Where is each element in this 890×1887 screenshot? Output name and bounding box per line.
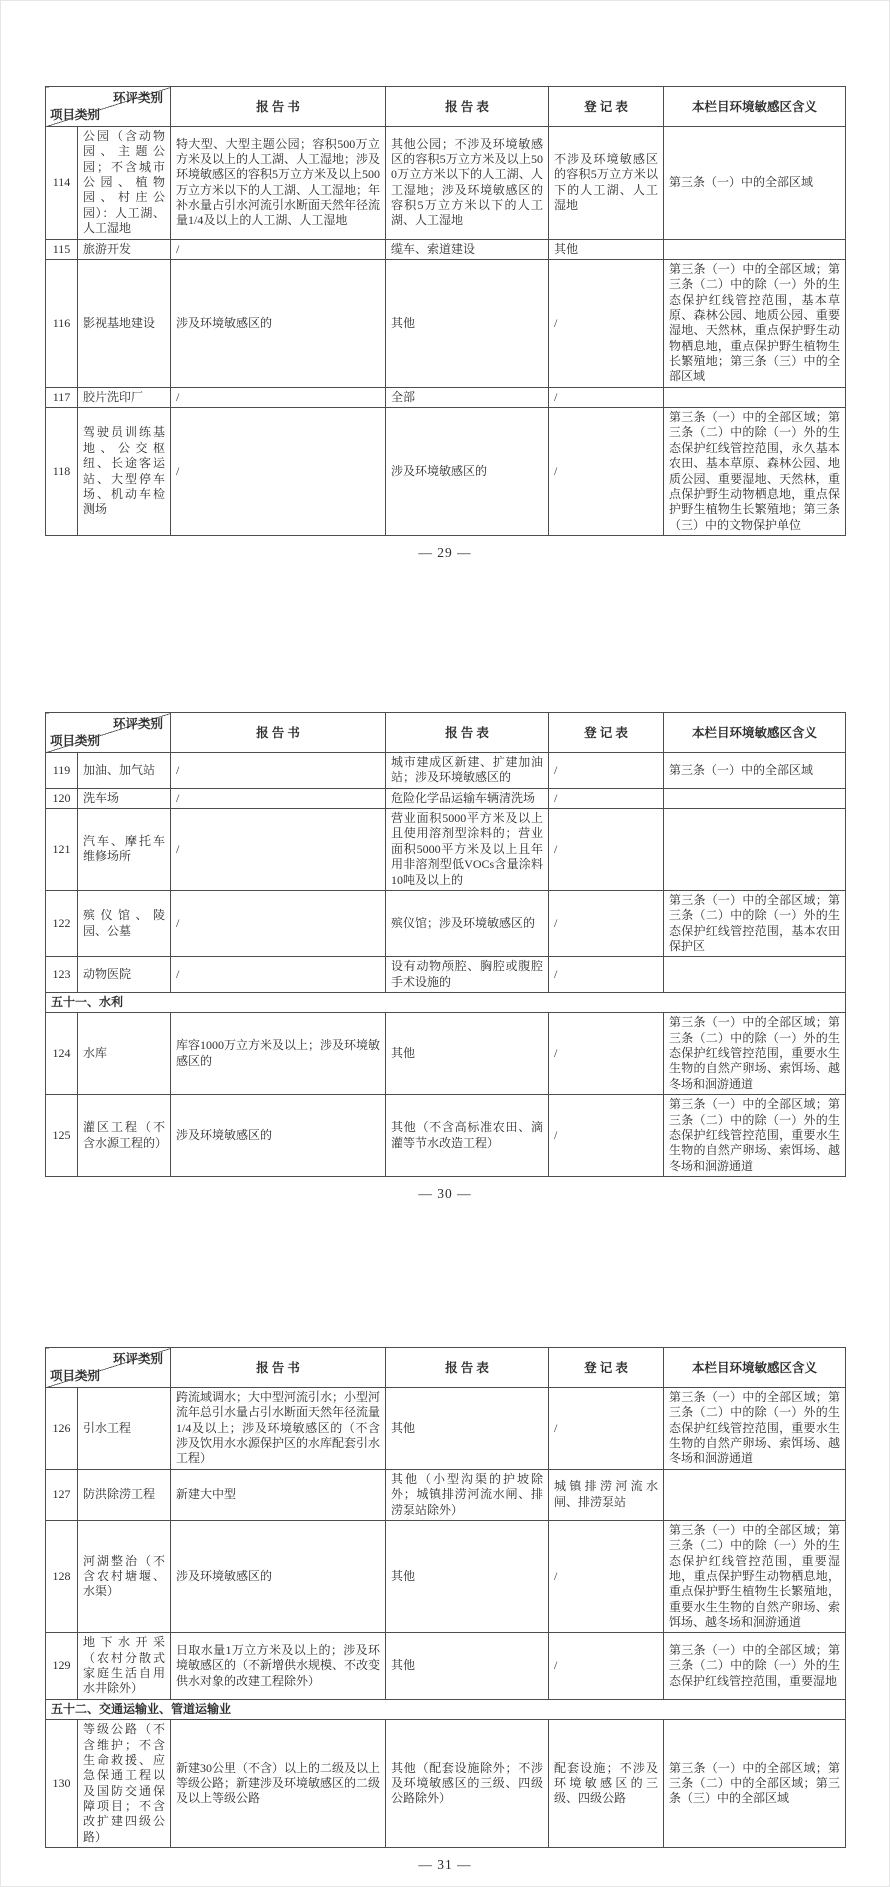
cell-report-form: 其他 [386,1388,549,1470]
table-row-119: 119加油、加气站/城市建成区新建、扩建加油站；涉及环境敏感区的/第三条（一）中… [46,753,846,789]
cell-report-book: / [171,957,386,993]
cell-item-number: 125 [46,1095,78,1177]
cell-report-book: / [171,408,386,536]
cell-registration-form: / [549,408,664,536]
cell-report-book: 库容1000万立方米及以上；涉及环境敏感区的 [171,1013,386,1095]
cell-item-number: 124 [46,1013,78,1095]
cell-project-category: 公园（含动物园、主题公园；不含城市公园、植物园、村庄公园）：人工湖、人工湿地 [78,127,171,240]
header-registration-form: 登 记 表 [549,713,664,753]
cell-report-book: 新建30公里（不含）以上的二级及以上等级公路；新建涉及环境敏感区的二级及以上等级… [171,1720,386,1848]
table-row-129: 129地下水开采（农村分散式家庭生活自用水井除外）日取水量1万立方米及以上的；涉… [46,1633,846,1699]
table-header-row: 环评类别项目类别报 告 书报 告 表登 记 表本栏目环境敏感区含义 [46,1348,846,1388]
eia-category-table: 环评类别项目类别报 告 书报 告 表登 记 表本栏目环境敏感区含义114公园（含… [45,86,846,536]
cell-report-form: 其他（配套设施除外；不涉及环境敏感区的三级、四级公路除外） [386,1720,549,1848]
header-report-form: 报 告 表 [386,1348,549,1388]
page-block-29: 环评类别项目类别报 告 书报 告 表登 记 表本栏目环境敏感区含义114公园（含… [45,86,845,561]
cell-project-category: 河湖整治（不含农村塘堰、水渠） [78,1520,171,1633]
header-report-book: 报 告 书 [171,87,386,127]
corner-label-project-category: 项目类别 [50,1368,100,1384]
cell-project-category: 水库 [78,1013,171,1095]
cell-report-book: / [171,788,386,808]
table-row-117: 117胶片洗印厂/全部/ [46,387,846,407]
cell-sensitive-area-meaning: 第三条（一）中的全部区域 [664,127,846,240]
table-row-120: 120洗车场/危险化学品运输车辆清洗场/ [46,788,846,808]
cell-report-form: 营业面积5000平方米及以上且使用溶剂型涂料的；营业面积5000平方米及以上且年… [386,809,549,891]
table-header-row: 环评类别项目类别报 告 书报 告 表登 记 表本栏目环境敏感区含义 [46,713,846,753]
cell-registration-form: / [549,809,664,891]
page-number: — 30 — [45,1186,845,1202]
cell-report-book: / [171,239,386,259]
cell-report-form: 其他 [386,1520,549,1633]
cell-report-form: 缆车、索道建设 [386,239,549,259]
cell-project-category: 影视基地建设 [78,259,171,387]
cell-sensitive-area-meaning: 第三条（一）中的全部区域；第三条（二）中的除（一）外的生态保护红线管控范围，基本… [664,890,846,956]
cell-project-category: 驾驶员训练基地、公交枢纽、长途客运站、大型停车场、机动车检测场 [78,408,171,536]
table-row-121: 121汽车、摩托车维修场所/营业面积5000平方米及以上且使用溶剂型涂料的；营业… [46,809,846,891]
cell-report-form: 其他 [386,1013,549,1095]
table-row-126: 126引水工程跨流域调水；大中型河流引水；小型河流年总引水量占引水断面天然年径流… [46,1388,846,1470]
cell-registration-form: / [549,1633,664,1699]
cell-sensitive-area-meaning [664,387,846,407]
section-row: 五十一、水利 [46,993,846,1013]
page-block-31: 环评类别项目类别报 告 书报 告 表登 记 表本栏目环境敏感区含义126引水工程… [45,1347,845,1873]
page-block-30: 环评类别项目类别报 告 书报 告 表登 记 表本栏目环境敏感区含义119加油、加… [45,712,845,1202]
cell-registration-form: / [549,753,664,789]
cell-project-category: 灌区工程（不含水源工程的） [78,1095,171,1177]
cell-sensitive-area-meaning: 第三条（一）中的全部区域；第三条（二）中的除（一）外的生态保护红线管控范围，永久… [664,408,846,536]
header-report-book: 报 告 书 [171,713,386,753]
cell-registration-form: / [549,1013,664,1095]
cell-registration-form: / [549,1520,664,1633]
cell-sensitive-area-meaning: 第三条（一）中的全部区域；第三条（二）中的除（一）外的生态保护红线管控范围，重要… [664,1013,846,1095]
cell-report-form: 殡仪馆；涉及环境敏感区的 [386,890,549,956]
header-sensitive-area-meaning: 本栏目环境敏感区含义 [664,87,846,127]
section-title: 五十一、水利 [46,993,846,1013]
cell-report-form: 危险化学品运输车辆清洗场 [386,788,549,808]
cell-report-book: 新建大中型 [171,1469,386,1520]
table-row-123: 123动物医院/设有动物颅腔、胸腔或腹腔手术设施的/ [46,957,846,993]
cell-item-number: 119 [46,753,78,789]
section-row: 五十二、交通运输业、管道运输业 [46,1699,846,1719]
cell-project-category: 动物医院 [78,957,171,993]
cell-sensitive-area-meaning [664,788,846,808]
cell-sensitive-area-meaning: 第三条（一）中的全部区域；第三条（二）中的除（一）外的生态保护红线管控范围，重要… [664,1520,846,1633]
table-row-115: 115旅游开发/缆车、索道建设其他 [46,239,846,259]
table-row-122: 122殡仪馆、陵园、公墓/殡仪馆；涉及环境敏感区的/第三条（一）中的全部区域；第… [46,890,846,956]
cell-registration-form: / [549,1388,664,1470]
cell-report-form: 城市建成区新建、扩建加油站；涉及环境敏感区的 [386,753,549,789]
table-row-116: 116影视基地建设涉及环境敏感区的其他/第三条（一）中的全部区域；第三条（二）中… [46,259,846,387]
cell-sensitive-area-meaning [664,239,846,259]
cell-registration-form: / [549,890,664,956]
cell-project-category: 地下水开采（农村分散式家庭生活自用水井除外） [78,1633,171,1699]
cell-item-number: 115 [46,239,78,259]
cell-item-number: 117 [46,387,78,407]
cell-report-form: 其他（小型沟渠的护坡除外；城镇排涝河流水闸、排涝泵站除外） [386,1469,549,1520]
cell-item-number: 120 [46,788,78,808]
cell-report-book: / [171,890,386,956]
cell-project-category: 殡仪馆、陵园、公墓 [78,890,171,956]
header-sensitive-area-meaning: 本栏目环境敏感区含义 [664,1348,846,1388]
eia-table-page-30: 环评类别项目类别报 告 书报 告 表登 记 表本栏目环境敏感区含义119加油、加… [45,712,845,1177]
cell-item-number: 122 [46,890,78,956]
cell-report-book: / [171,387,386,407]
cell-registration-form: 配套设施；不涉及环境敏感区的三级、四级公路 [549,1720,664,1848]
cell-report-book: 涉及环境敏感区的 [171,259,386,387]
cell-sensitive-area-meaning [664,809,846,891]
corner-label-project-category: 项目类别 [50,107,100,123]
cell-registration-form: 城镇排涝河流水闸、排涝泵站 [549,1469,664,1520]
cell-registration-form: / [549,788,664,808]
header-registration-form: 登 记 表 [549,87,664,127]
cell-item-number: 118 [46,408,78,536]
header-report-book: 报 告 书 [171,1348,386,1388]
cell-report-form: 其他公园；不涉及环境敏感区的容积5万立方米及以上500万立方米以下的人工湖、人工… [386,127,549,240]
table-row-125: 125灌区工程（不含水源工程的）涉及环境敏感区的其他（不含高标准农田、滴灌等节水… [46,1095,846,1177]
cell-report-book: 日取水量1万立方米及以上的；涉及环境敏感区的（不新增供水规模、不改变供水对象的改… [171,1633,386,1699]
corner-header-cell: 环评类别项目类别 [46,1348,171,1388]
cell-registration-form: / [549,957,664,993]
cell-project-category: 防洪除涝工程 [78,1469,171,1520]
cell-project-category: 等级公路（不含维护；不含生命救援、应急保通工程以及国防交通保障项目；不含改扩建四… [78,1720,171,1848]
cell-item-number: 127 [46,1469,78,1520]
cell-report-book: / [171,753,386,789]
cell-report-book: 特大型、大型主题公园；容积500万立方米及以上的人工湖、人工湿地；涉及环境敏感区… [171,127,386,240]
corner-header-cell: 环评类别项目类别 [46,713,171,753]
cell-sensitive-area-meaning: 第三条（一）中的全部区域 [664,753,846,789]
cell-report-book: / [171,809,386,891]
table-row-118: 118驾驶员训练基地、公交枢纽、长途客运站、大型停车场、机动车检测场/涉及环境敏… [46,408,846,536]
table-row-128: 128河湖整治（不含农村塘堰、水渠）涉及环境敏感区的其他/第三条（一）中的全部区… [46,1520,846,1633]
eia-category-table: 环评类别项目类别报 告 书报 告 表登 记 表本栏目环境敏感区含义126引水工程… [45,1347,846,1848]
header-report-form: 报 告 表 [386,87,549,127]
cell-sensitive-area-meaning: 第三条（一）中的全部区域；第三条（二）中的除（一）外的生态保护红线管控范围，重要… [664,1095,846,1177]
corner-header-cell: 环评类别项目类别 [46,87,171,127]
cell-report-form: 设有动物颅腔、胸腔或腹腔手术设施的 [386,957,549,993]
section-title: 五十二、交通运输业、管道运输业 [46,1699,846,1719]
cell-item-number: 129 [46,1633,78,1699]
header-report-form: 报 告 表 [386,713,549,753]
cell-registration-form: / [549,259,664,387]
cell-project-category: 引水工程 [78,1388,171,1470]
cell-report-book: 跨流域调水；大中型河流引水；小型河流年总引水量占引水断面天然年径流量1/4及以上… [171,1388,386,1470]
cell-sensitive-area-meaning: 第三条（一）中的全部区域；第三条（二）中的除（一）外的生态保护红线管控范围，基本… [664,259,846,387]
table-row-114: 114公园（含动物园、主题公园；不含城市公园、植物园、村庄公园）：人工湖、人工湿… [46,127,846,240]
cell-registration-form: 其他 [549,239,664,259]
cell-report-form: 全部 [386,387,549,407]
cell-report-form: 涉及环境敏感区的 [386,408,549,536]
corner-label-eia-category: 环评类别 [113,90,163,106]
cell-item-number: 130 [46,1720,78,1848]
cell-project-category: 汽车、摩托车维修场所 [78,809,171,891]
table-header-row: 环评类别项目类别报 告 书报 告 表登 记 表本栏目环境敏感区含义 [46,87,846,127]
eia-table-page-29: 环评类别项目类别报 告 书报 告 表登 记 表本栏目环境敏感区含义114公园（含… [45,86,845,536]
table-row-127: 127防洪除涝工程新建大中型其他（小型沟渠的护坡除外；城镇排涝河流水闸、排涝泵站… [46,1469,846,1520]
cell-item-number: 114 [46,127,78,240]
cell-item-number: 123 [46,957,78,993]
eia-category-table: 环评类别项目类别报 告 书报 告 表登 记 表本栏目环境敏感区含义119加油、加… [45,712,846,1177]
cell-registration-form: / [549,387,664,407]
cell-project-category: 胶片洗印厂 [78,387,171,407]
cell-sensitive-area-meaning [664,957,846,993]
cell-report-book: 涉及环境敏感区的 [171,1095,386,1177]
cell-item-number: 121 [46,809,78,891]
cell-report-book: 涉及环境敏感区的 [171,1520,386,1633]
cell-report-form: 其他 [386,1633,549,1699]
header-registration-form: 登 记 表 [549,1348,664,1388]
cell-sensitive-area-meaning [664,1469,846,1520]
cell-project-category: 旅游开发 [78,239,171,259]
cell-item-number: 126 [46,1388,78,1470]
cell-item-number: 128 [46,1520,78,1633]
cell-sensitive-area-meaning: 第三条（一）中的全部区域；第三条（二）中的除（一）外的生态保护红线管控范围，重要… [664,1633,846,1699]
table-row-124: 124水库库容1000万立方米及以上；涉及环境敏感区的其他/第三条（一）中的全部… [46,1013,846,1095]
cell-sensitive-area-meaning: 第三条（一）中的全部区域；第三条（二）中的除（一）外的生态保护红线管控范围，重要… [664,1388,846,1470]
corner-label-project-category: 项目类别 [50,733,100,749]
page-number: — 31 — [45,1857,845,1873]
header-sensitive-area-meaning: 本栏目环境敏感区含义 [664,713,846,753]
cell-report-form: 其他（不含高标准农田、滴灌等节水改造工程） [386,1095,549,1177]
cell-project-category: 加油、加气站 [78,753,171,789]
table-row-130: 130等级公路（不含维护；不含生命救援、应急保通工程以及国防交通保障项目；不含改… [46,1720,846,1848]
corner-label-eia-category: 环评类别 [113,1351,163,1367]
cell-report-form: 其他 [386,259,549,387]
cell-registration-form: / [549,1095,664,1177]
cell-project-category: 洗车场 [78,788,171,808]
cell-registration-form: 不涉及环境敏感区的容积5万立方米以下的人工湖、人工湿地 [549,127,664,240]
eia-table-page-31: 环评类别项目类别报 告 书报 告 表登 记 表本栏目环境敏感区含义126引水工程… [45,1347,845,1848]
corner-label-eia-category: 环评类别 [113,716,163,732]
cell-item-number: 116 [46,259,78,387]
page-number: — 29 — [45,545,845,561]
document-canvas: { "colors": { "border": "#4d4d4d", "text… [0,0,890,1887]
cell-sensitive-area-meaning: 第三条（一）中的全部区域；第三条（二）中的全部区域；第三条（三）中的全部区域 [664,1720,846,1848]
